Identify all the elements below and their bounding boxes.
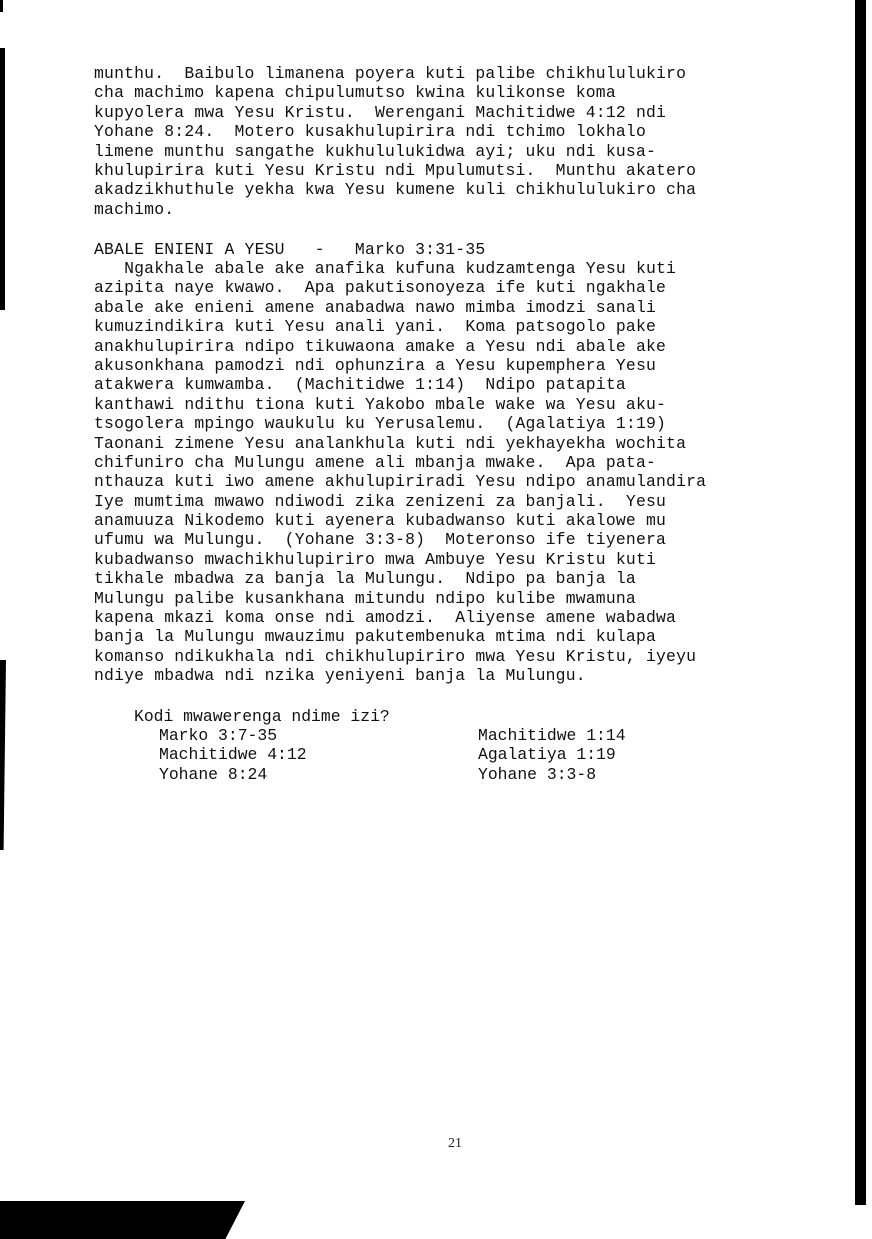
text-line: atakwera kumwamba. (Machitidwe 1:14) Ndi… [94,375,824,394]
scripture-reference: Yohane 3:3-8 [478,765,626,784]
references-left: Marko 3:7-35Machitidwe 4:12Yohane 8:24 [159,726,307,784]
text-line: abale ake enieni amene anabadwa nawo mim… [94,298,824,317]
text-line: kumuzindikira kuti Yesu anali yani. Koma… [94,317,824,336]
text-line: ndiye mbadwa ndi nzika yeniyeni banja la… [94,666,824,685]
text-line: Yohane 8:24. Motero kusakhulupirira ndi … [94,122,824,141]
text-line: banja la Mulungu mwauzimu pakutembenuka … [94,627,824,646]
scan-edge-artifact [0,660,6,850]
text-line: cha machimo kapena chipulumutso kwina ku… [94,83,824,102]
scan-edge-bar [855,0,866,1205]
text-line: kubadwanso mwachikhulupiriro mwa Ambuye … [94,550,824,569]
text-line: Taonani zimene Yesu analankhula kuti ndi… [94,434,824,453]
text-line: Mulungu palibe kusankhana mitundu ndipo … [94,589,824,608]
text-line: nthauza kuti iwo amene akhulupiriradi Ye… [94,472,824,491]
scripture-reference: Yohane 8:24 [159,765,307,784]
scripture-reference: Agalatiya 1:19 [478,745,626,764]
paragraph-intro: munthu. Baibulo limanena poyera kuti pal… [94,64,824,219]
text-line: akusonkhana pamodzi ndi ophunzira a Yesu… [94,356,824,375]
text-line: machimo. [94,200,824,219]
text-line: Ngakhale abale ake anafika kufuna kudzam… [94,259,824,278]
scanned-page: munthu. Baibulo limanena poyera kuti pal… [0,0,872,1239]
text-line: Iye mumtima mwawo ndiwodi zika zenizeni … [94,492,824,511]
text-line: tsogolera mpingo waukulu ku Yerusalemu. … [94,414,824,433]
scan-edge-artifact [0,0,3,12]
text-line: anakhulupirira ndipo tikuwaona amake a Y… [94,337,824,356]
text-line: khulupirira kuti Yesu Kristu ndi Mpulumu… [94,161,824,180]
scan-corner-artifact [0,1201,245,1239]
text-line: kupyolera mwa Yesu Kristu. Werengani Mac… [94,103,824,122]
text-line: anamuuza Nikodemo kuti ayenera kubadwans… [94,511,824,530]
references-right: Machitidwe 1:14Agalatiya 1:19Yohane 3:3-… [478,726,626,784]
paragraph-abale-enieni: Ngakhale abale ake anafika kufuna kudzam… [94,259,824,686]
scan-edge-artifact [0,48,5,310]
text-line: chifuniro cha Mulungu amene ali mbanja m… [94,453,824,472]
text-line: kapena mkazi koma onse ndi amodzi. Aliye… [94,608,824,627]
text-line: tikhale mbadwa za banja la Mulungu. Ndip… [94,569,824,588]
text-line: limene munthu sangathe kukhululukidwa ay… [94,142,824,161]
text-line: munthu. Baibulo limanena poyera kuti pal… [94,64,824,83]
section-heading: ABALE ENIENI A YESU - Marko 3:31-35 [94,240,824,259]
text-line: akadzikhuthule yekha kwa Yesu kumene kul… [94,180,824,199]
scripture-reference: Marko 3:7-35 [159,726,307,745]
text-line: komanso ndikukhala ndi chikhulupiriro mw… [94,647,824,666]
reading-prompt: Kodi mwawerenga ndime izi? [134,707,390,726]
text-line: kanthawi ndithu tiona kuti Yakobo mbale … [94,395,824,414]
text-line: azipita naye kwawo. Apa pakutisonoyeza i… [94,278,824,297]
page-number: 21 [448,1136,462,1152]
scripture-reference: Machitidwe 4:12 [159,745,307,764]
text-line: ufumu wa Mulungu. (Yohane 3:3-8) Moteron… [94,530,824,549]
scripture-reference: Machitidwe 1:14 [478,726,626,745]
